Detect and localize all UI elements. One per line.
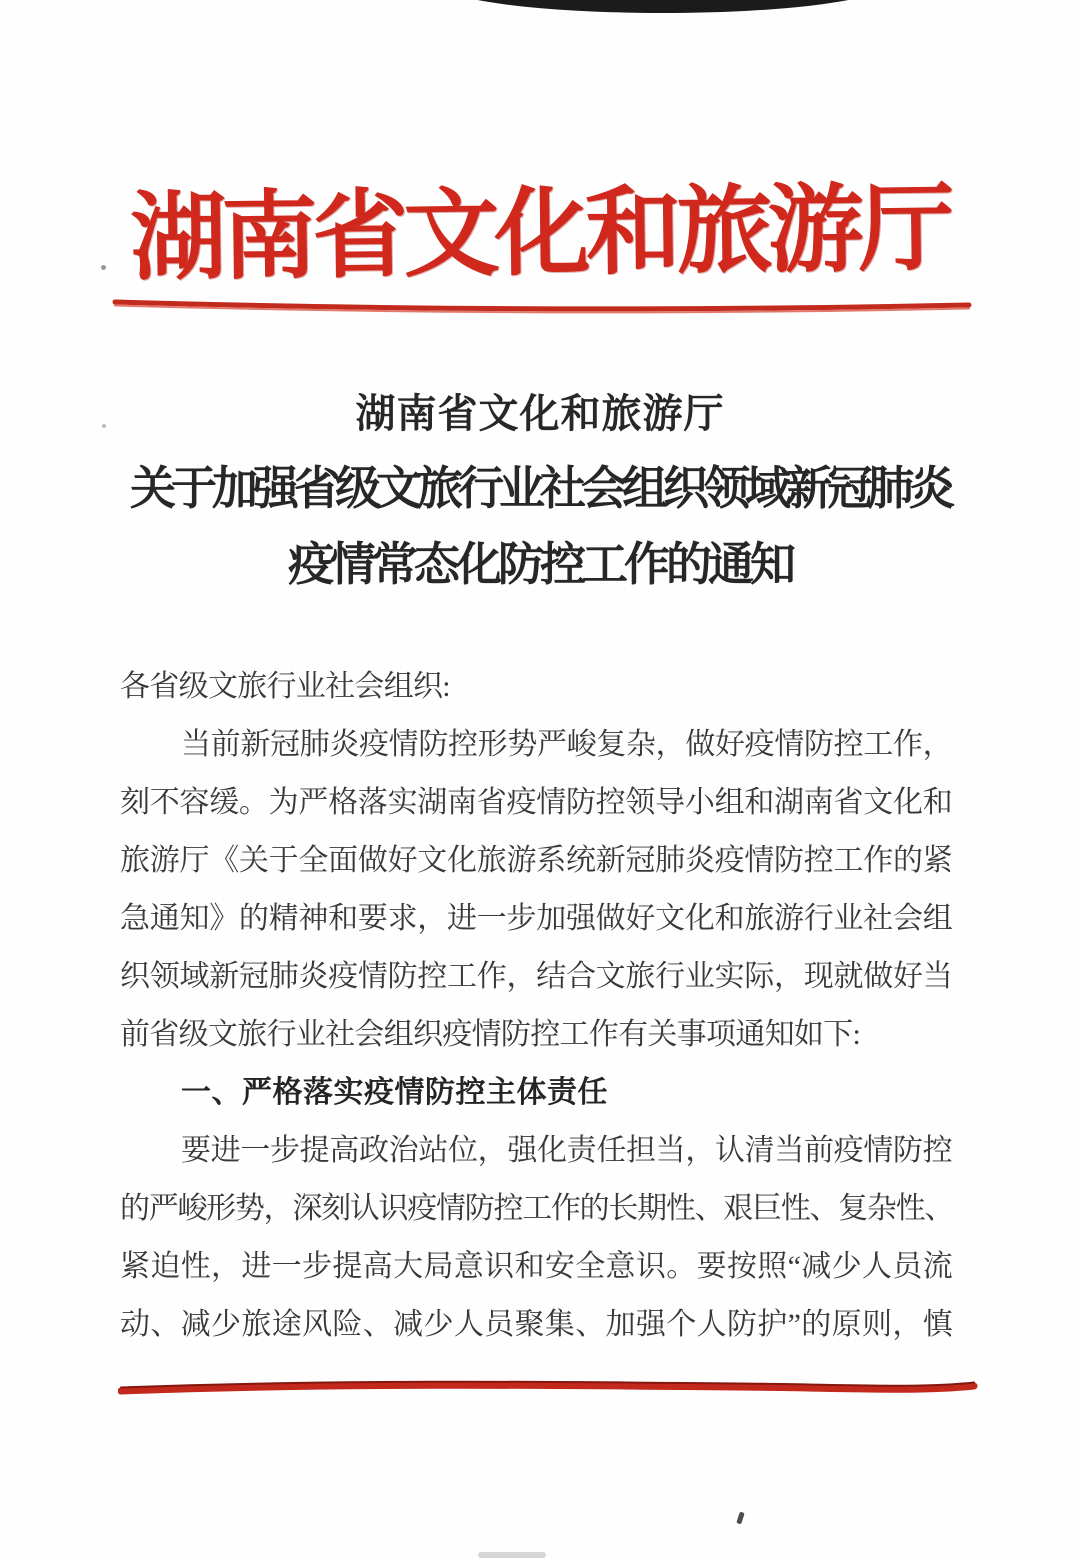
scanned-document-page: 湖南省文化和旅游厅 湖南省文化和旅游厅 关于加强省级文旅行业社会组织领域新冠肺炎… bbox=[0, 0, 1080, 1560]
body-line: 前省级文旅行业社会组织疫情防控工作有关事项通知如下: bbox=[120, 1006, 952, 1064]
scan-artifact bbox=[736, 1512, 744, 1525]
letterhead-title: 湖南省文化和旅游厅 bbox=[109, 167, 970, 301]
body-line: 动、减少旅途风险、减少人员聚集、加强个人防护”的原则，慎 bbox=[120, 1296, 952, 1354]
doc-title-agency-line: 湖南省文化和旅游厅 bbox=[0, 382, 1080, 439]
footer-rule bbox=[118, 1378, 978, 1402]
body-line: 旅游厅《关于全面做好文化旅游系统新冠肺炎疫情防控工作的紧 bbox=[120, 832, 952, 890]
body-line: 当前新冠肺炎疫情防控形势严峻复杂，做好疫情防控工作， bbox=[120, 716, 952, 774]
body-line: 织领域新冠肺炎疫情防控工作，结合文旅行业实际，现就做好当 bbox=[120, 948, 952, 1006]
scan-artifact bbox=[101, 265, 106, 270]
body-line-salutation: 各省级文旅行业社会组织: bbox=[120, 658, 952, 716]
body-line: 急通知》的精神和要求，进一步加强做好文化和旅游行业社会组 bbox=[120, 890, 952, 948]
body-line: 要进一步提高政治站位，强化责任担当，认清当前疫情防控 bbox=[120, 1122, 952, 1180]
doc-title-subject-line-1: 关于加强省级文旅行业社会组织领域新冠肺炎 bbox=[0, 452, 1080, 518]
doc-title-subject-line-2: 疫情常态化防控工作的通知 bbox=[0, 528, 1080, 594]
body-line: 的严峻形势，深刻认识疫情防控工作的长期性、艰巨性、复杂性、 bbox=[120, 1180, 952, 1238]
scan-artifact bbox=[478, 1552, 546, 1558]
body-line: 刻不容缓。为严格落实湖南省疫情防控领导小组和湖南省文化和 bbox=[120, 774, 952, 832]
body-line: 紧迫性，进一步提高大局意识和安全意识。要按照“减少人员流 bbox=[120, 1238, 952, 1296]
section-heading-1: 一、严格落实疫情防控主体责任 bbox=[120, 1064, 952, 1122]
doc-body: 各省级文旅行业社会组织: 当前新冠肺炎疫情防控形势严峻复杂，做好疫情防控工作， … bbox=[120, 658, 952, 1354]
scanner-dark-edge bbox=[0, 0, 1080, 30]
letterhead-rule bbox=[112, 296, 972, 320]
